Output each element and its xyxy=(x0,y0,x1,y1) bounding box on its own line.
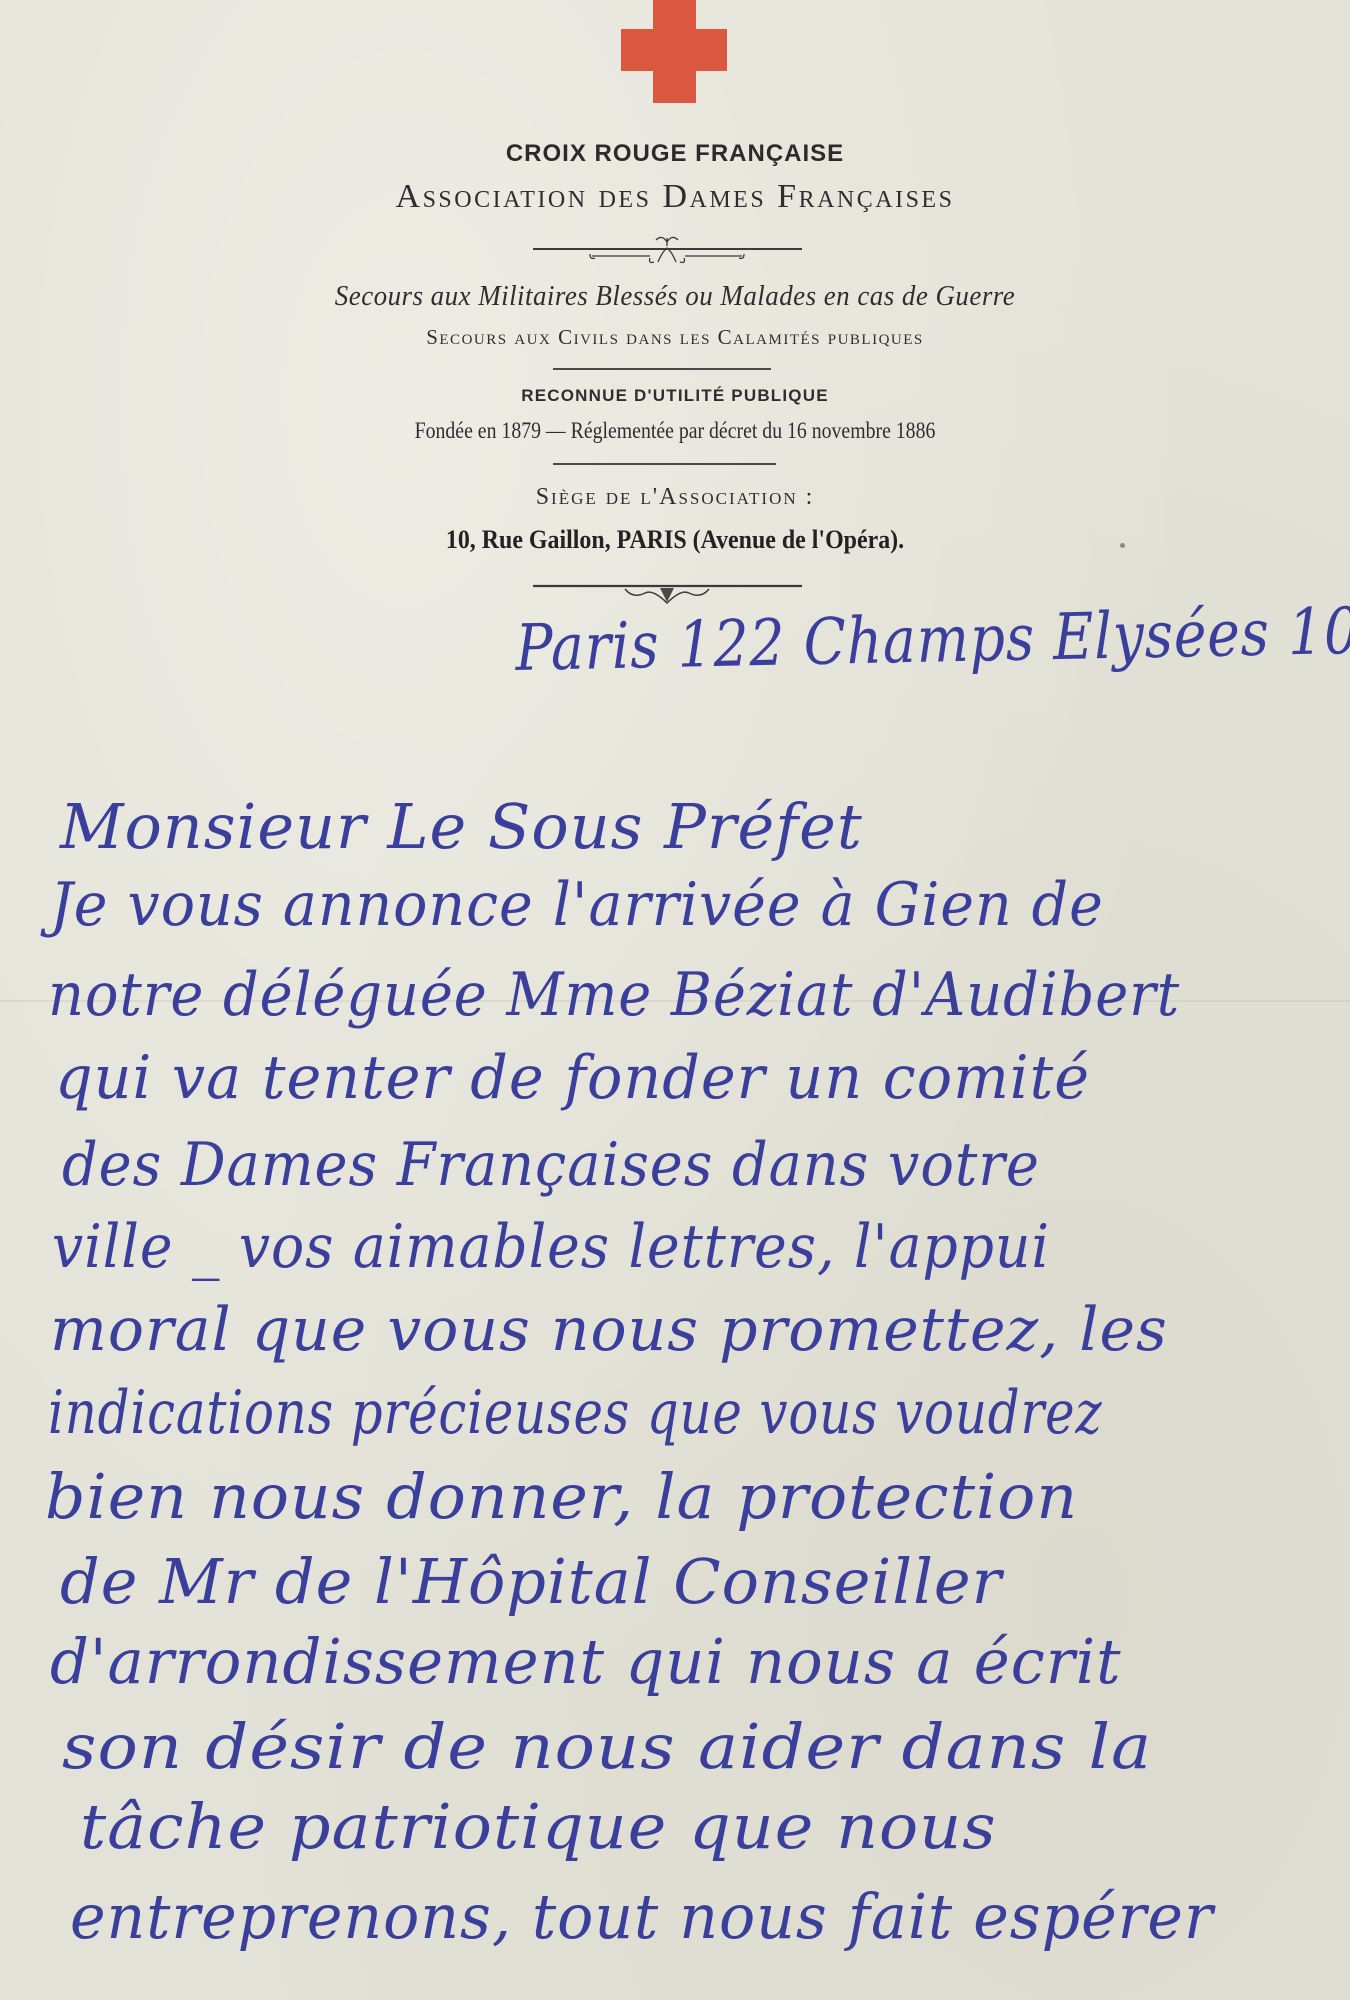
founding-line: Fondée en 1879 — Réglementée par décret … xyxy=(95,418,1256,444)
letter-line: bien nous donner, la protection xyxy=(45,1460,1078,1533)
letter-line: d'arrondissement qui nous a écrit xyxy=(50,1625,1122,1698)
letter-line: moral que vous nous promettez, les xyxy=(50,1295,1168,1365)
seat-address: 10, Rue Gaillon, PARIS (Avenue de l'Opér… xyxy=(54,525,1296,555)
mission-military: Secours aux Militaires Blessés ou Malade… xyxy=(47,280,1303,313)
letter-line: de Mr de l'Hôpital Conseiller xyxy=(60,1545,1002,1618)
letter-line: indications précieuses que vous voudrez xyxy=(48,1378,1102,1448)
seat-label: Siège de l'Association : xyxy=(0,484,1350,511)
letter-line: ville _ vos aimables lettres, l'appui xyxy=(52,1212,1050,1282)
letter-line: Monsieur Le Sous Préfet xyxy=(60,790,863,863)
divider-rule xyxy=(553,463,776,465)
letter-line: notre déléguée Mme Béziat d'Audibert xyxy=(48,960,1180,1030)
letter-line: tâche patriotique que nous xyxy=(80,1790,997,1863)
divider-rule xyxy=(553,368,771,370)
letter-line: des Dames Françaises dans votre xyxy=(62,1130,1040,1200)
paper-speck xyxy=(1120,543,1125,548)
org-line: CROIX ROUGE FRANÇAISE xyxy=(0,140,1350,168)
letter-line: son désir de nous aider dans la xyxy=(62,1710,1152,1783)
mission-civilian: Secours aux Civils dans les Calamités pu… xyxy=(0,325,1350,350)
ornament-divider-icon xyxy=(530,578,805,608)
letter-line: qui va tenter de fonder un comité xyxy=(55,1043,1090,1113)
recognition-line: RECONNUE D'UTILITÉ PUBLIQUE xyxy=(0,386,1350,406)
association-title: Association des Dames Françaises xyxy=(0,178,1350,216)
letter-line: Je vous annonce l'arrivée à Gien de xyxy=(50,870,1104,940)
letter-line: entreprenons, tout nous fait espérer xyxy=(70,1880,1214,1953)
ornament-divider-icon xyxy=(530,232,805,266)
